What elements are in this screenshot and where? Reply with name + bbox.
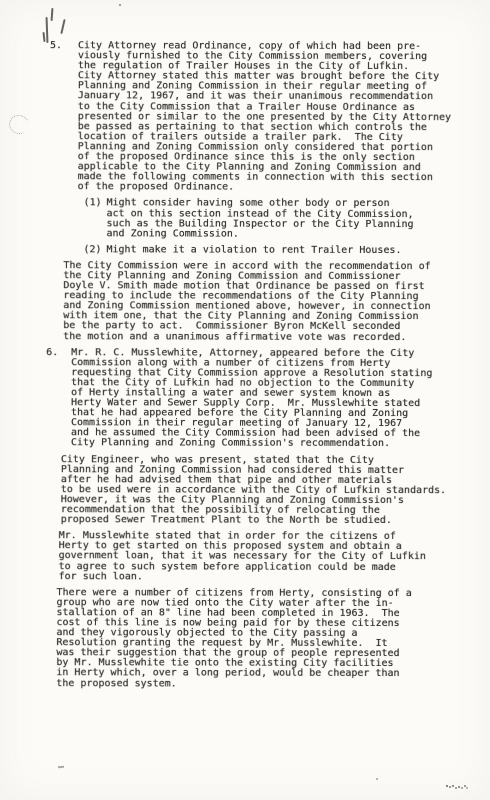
text-line: proposed Sewer Treatment Plant to the No… [61,515,489,526]
pen-stroke-mark [60,19,65,34]
text-line: and Zoning Commission. [106,229,489,240]
bottom-right-smudge [446,785,448,787]
text-line: for such loan. [59,572,489,583]
text-line: the motion and a unanimous affirmative v… [63,332,489,343]
text-line: City Planning and Zoning Commission's re… [71,439,489,450]
sub-item-2-number: (2) [83,245,101,255]
pen-stroke-mark [46,17,49,43]
text-line: Might make it a violation to rent Traile… [106,245,489,256]
paragraph-city-engineer: City Engineer, who was present, stated t… [61,455,489,527]
stray-ink-dot [119,4,121,6]
bottom-left-mark [58,766,64,768]
sub-item-2: (2)Might make it a violation to rent Tra… [106,245,489,256]
paragraph-government-loan: Mr. Musslewhite stated that in order for… [59,531,489,583]
paragraph-commission-accord: The City Commission were in accord with … [63,261,489,343]
pen-stroke-mark [51,8,53,21]
sub-item-1: (1)Might consider having some other body… [106,199,489,240]
text-line: of the proposed Ordinance. [78,183,490,194]
paragraph-herty-citizens: There were a number of citizens from Her… [56,588,488,690]
item-6: 6.Mr. R. C. Musslewhite, Attorney, appea… [71,348,489,450]
item-5-number: 5. [50,41,62,51]
sub-item-1-number: (1) [84,199,102,209]
typewritten-text-body: 5.City Attorney read Ordinance, copy of … [0,41,490,690]
stray-ink-dot [376,778,378,780]
text-line: the proposed system. [56,679,488,690]
item-6-number: 6. [46,348,58,358]
item-5: 5.City Attorney read Ordinance, copy of … [78,41,490,193]
scanned-page: 5.City Attorney read Ordinance, copy of … [0,0,490,800]
